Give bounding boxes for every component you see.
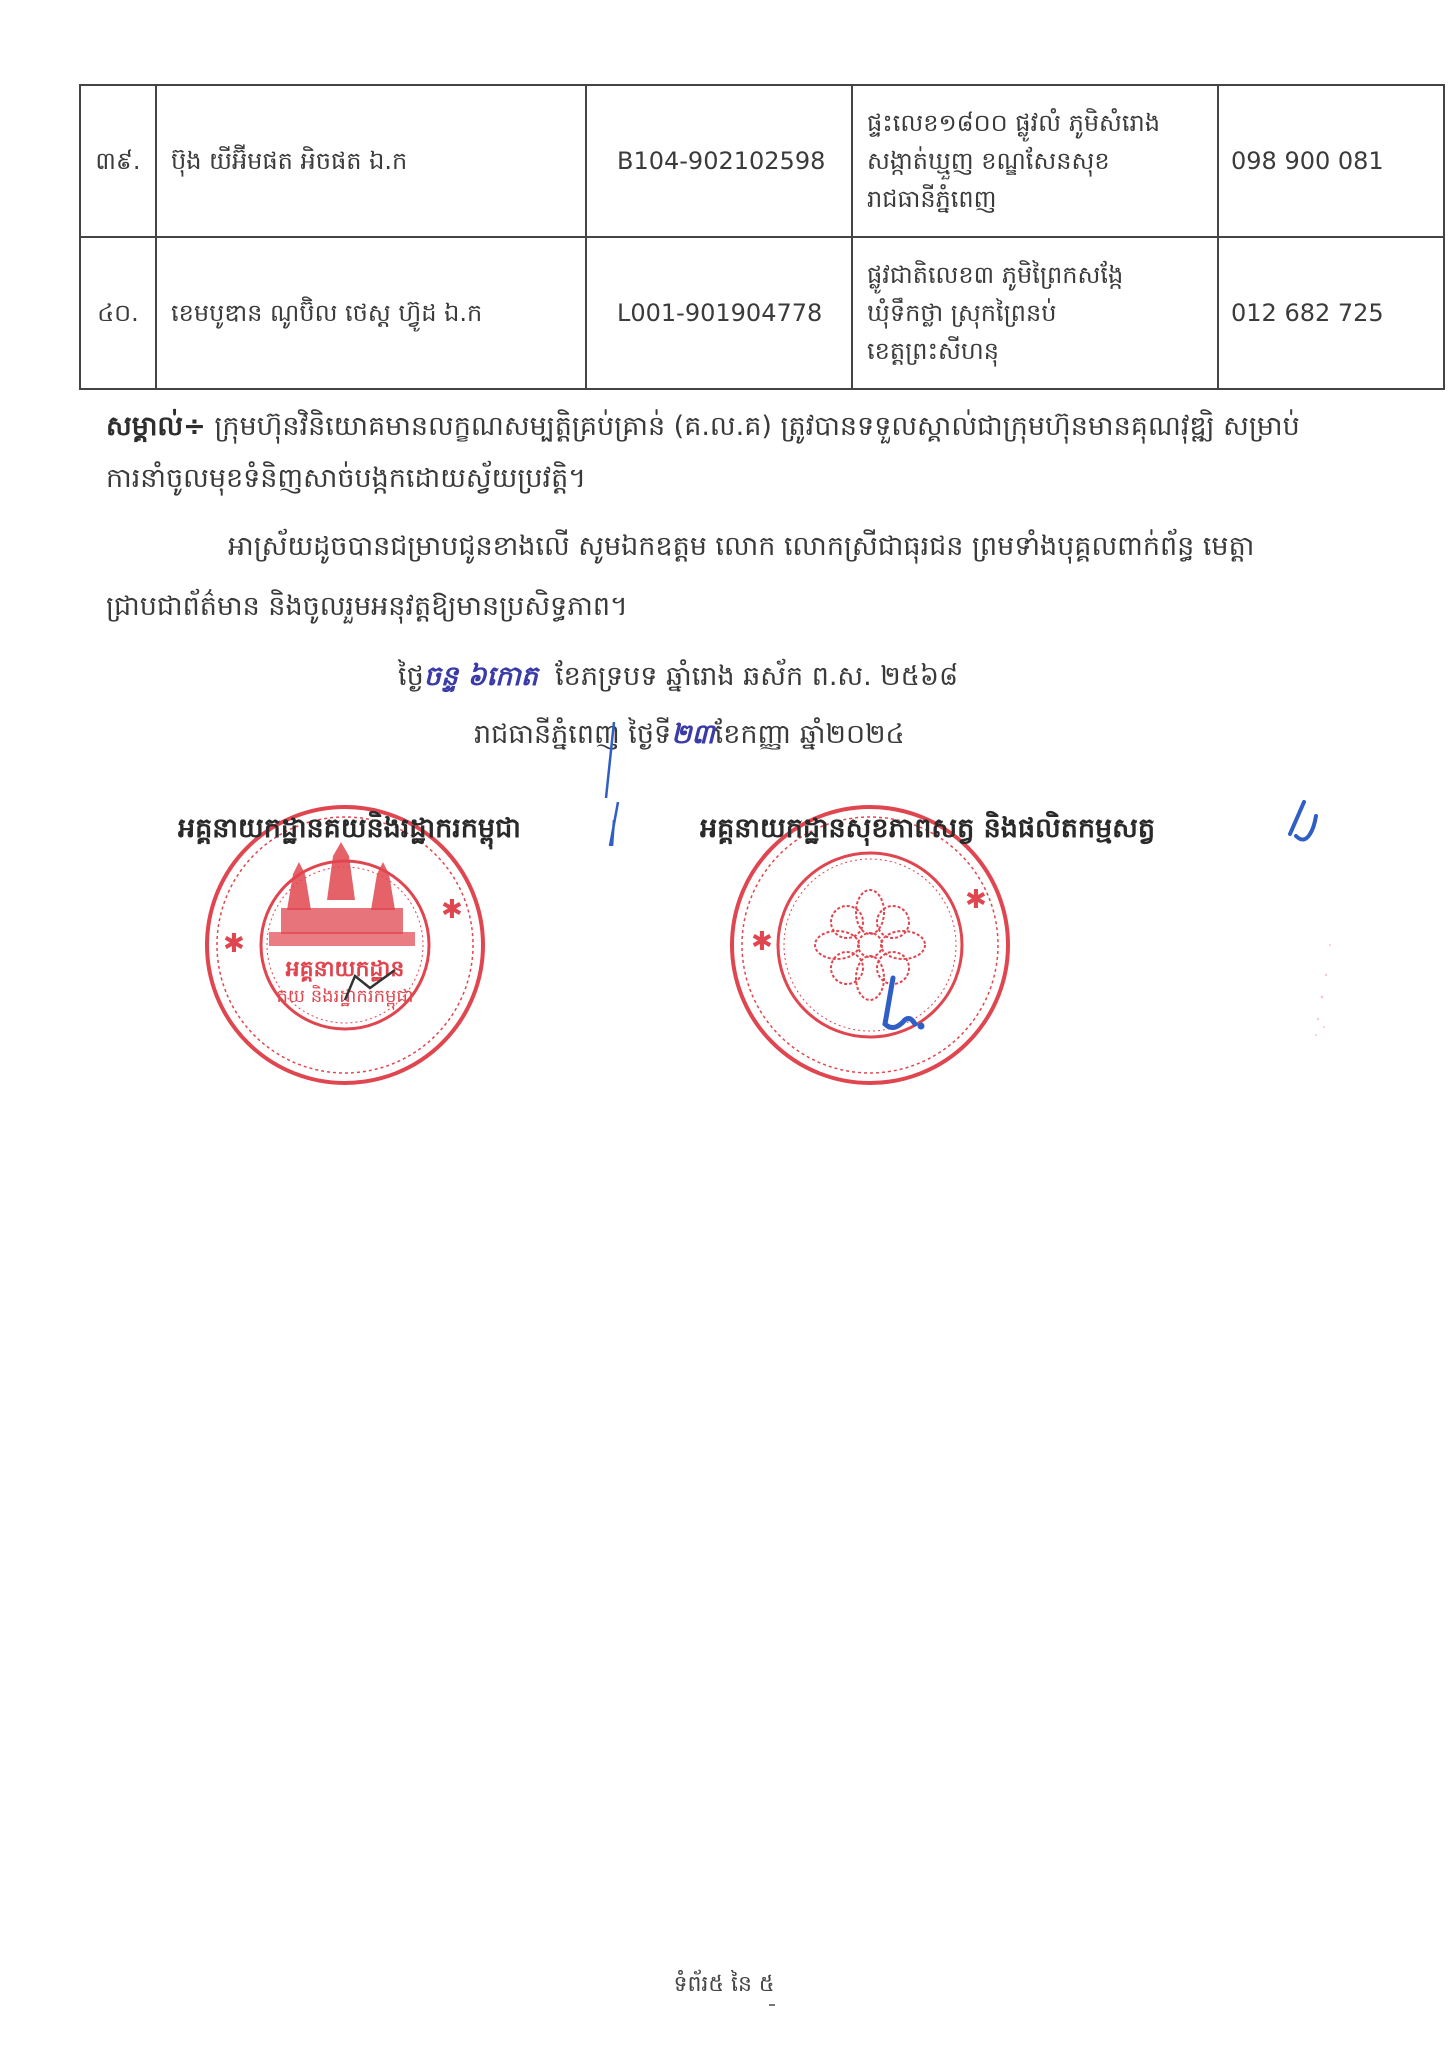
lunar-date-prefix: ថ្ងៃ — [398, 661, 424, 692]
company-address: ផ្លូវជាតិលេខ៣ ភូមិព្រៃកសង្កែ ឃុំទឹកថ្លា … — [852, 237, 1218, 389]
svg-text:អគ្គនាយកដ្ឋាន: អគ្គនាយកដ្ឋាន — [286, 957, 405, 982]
note-label: សម្គាល់÷ — [106, 411, 206, 442]
address-line: សង្កាត់ឃ្មួញ ខណ្ឌសែនសុខ — [867, 142, 1217, 180]
note-line-1: សម្គាល់÷ ក្រុមហ៊ុនវិនិយោគមានលក្ខណសម្បត្ត… — [106, 410, 1300, 449]
solar-date: រាជធានីភ្នំពេញ ថ្ងៃទី២៣ខែកញ្ញា ឆ្នាំ២០២៤ — [474, 718, 905, 757]
svg-text:✱: ✱ — [965, 885, 987, 915]
row-number: ៤០. — [80, 237, 156, 389]
company-table: ៣៩. ប៊ុង យីអ៊ីមផត អិចផត ឯ.ក B104-9021025… — [79, 84, 1445, 390]
solar-date-prefix: រាជធានីភ្នំពេញ ថ្ងៃទី — [474, 719, 671, 750]
handwritten-solar-day: ២៣ — [671, 719, 715, 750]
footer-mark — [769, 2004, 775, 2006]
svg-text:✱: ✱ — [441, 895, 463, 925]
signatory-right-title: អគ្គនាយកដ្ឋានសុខភាពសត្វ និងផលិតកម្មសត្វ — [700, 812, 1155, 851]
svg-text:✱: ✱ — [751, 927, 773, 957]
document-page: ៣៩. ប៊ុង យីអ៊ីមផត អិចផត ឯ.ក B104-9021025… — [0, 0, 1448, 2048]
initial-mark-left-icon — [604, 800, 624, 850]
note-line-2: ការនាំចូលមុខទំនិញសាច់បង្កកដោយស្វ័យប្រវត្… — [106, 462, 586, 501]
solar-date-rest: ខែកញ្ញា ឆ្នាំ២០២៤ — [715, 719, 905, 750]
company-code: B104-902102598 — [586, 85, 852, 237]
table-row: ៤០. ខេមបូឌាន ណូប៊ិល ថេស្ត ហ៊្វូដ ឯ.ក L00… — [80, 237, 1444, 389]
address-line: ខេត្តព្រះសីហនុ — [867, 332, 1217, 370]
page-number: ទំព័រ៥ នៃ ៥ — [0, 1970, 1448, 2002]
lunar-date-rest: ខែភទ្របទ ឆ្នាំរោង ឆស័ក ព.ស. ២៥៦៨ — [555, 661, 958, 692]
initial-mark-right-icon — [1286, 800, 1320, 844]
scan-specks — [1310, 935, 1340, 1055]
company-name: ខេមបូឌាន ណូប៊ិល ថេស្ត ហ៊្វូដ ឯ.ក — [156, 237, 586, 389]
address-line: ផ្ទះលេខ១៨០០ ផ្លូវលំ ភូមិសំរោង — [867, 104, 1217, 142]
svg-text:គយ និងរដ្ឋាករកម្ពុជា: គយ និងរដ្ឋាករកម្ពុជា — [276, 984, 413, 1010]
handwritten-lunar-day: ចន្ទ ៦កោត — [424, 661, 538, 692]
company-phone: 098 900 081 — [1218, 85, 1444, 237]
svg-text:✱: ✱ — [223, 929, 245, 959]
company-address: ផ្ទះលេខ១៨០០ ផ្លូវលំ ភូមិសំរោង សង្កាត់ឃ្ម… — [852, 85, 1218, 237]
lunar-date: ថ្ងៃចន្ទ ៦កោត ខែភទ្របទ ឆ្នាំរោង ឆស័ក ព.ស… — [398, 660, 958, 699]
table-row: ៣៩. ប៊ុង យីអ៊ីមផត អិចផត ឯ.ក B104-9021025… — [80, 85, 1444, 237]
closing-line-1: អាស្រ័យដូចបានជម្រាបជូនខាងលើ សូមឯកឧត្តម ល… — [228, 530, 1254, 569]
closing-line-2: ជ្រាបជាព័ត៌មាន និងចូលរួមអនុវត្តឱ្យមានប្រ… — [106, 590, 628, 629]
address-line: រាជធានីភ្នំពេញ — [867, 180, 1217, 218]
company-phone: 012 682 725 — [1218, 237, 1444, 389]
address-line: ផ្លូវជាតិលេខ៣ ភូមិព្រៃកសង្កែ — [867, 256, 1217, 294]
note-text: ក្រុមហ៊ុនវិនិយោគមានលក្ខណសម្បត្តិគ្រប់គ្រ… — [206, 411, 1300, 442]
company-name: ប៊ុង យីអ៊ីមផត អិចផត ឯ.ក — [156, 85, 586, 237]
company-code: L001-901904778 — [586, 237, 852, 389]
signatory-left-title: អគ្គនាយកដ្ឋានគយនិងរដ្ឋាករកម្ពុជា — [178, 812, 521, 851]
address-line: ឃុំទឹកថ្លា ស្រុកព្រៃនប់ — [867, 294, 1217, 332]
row-number: ៣៩. — [80, 85, 156, 237]
